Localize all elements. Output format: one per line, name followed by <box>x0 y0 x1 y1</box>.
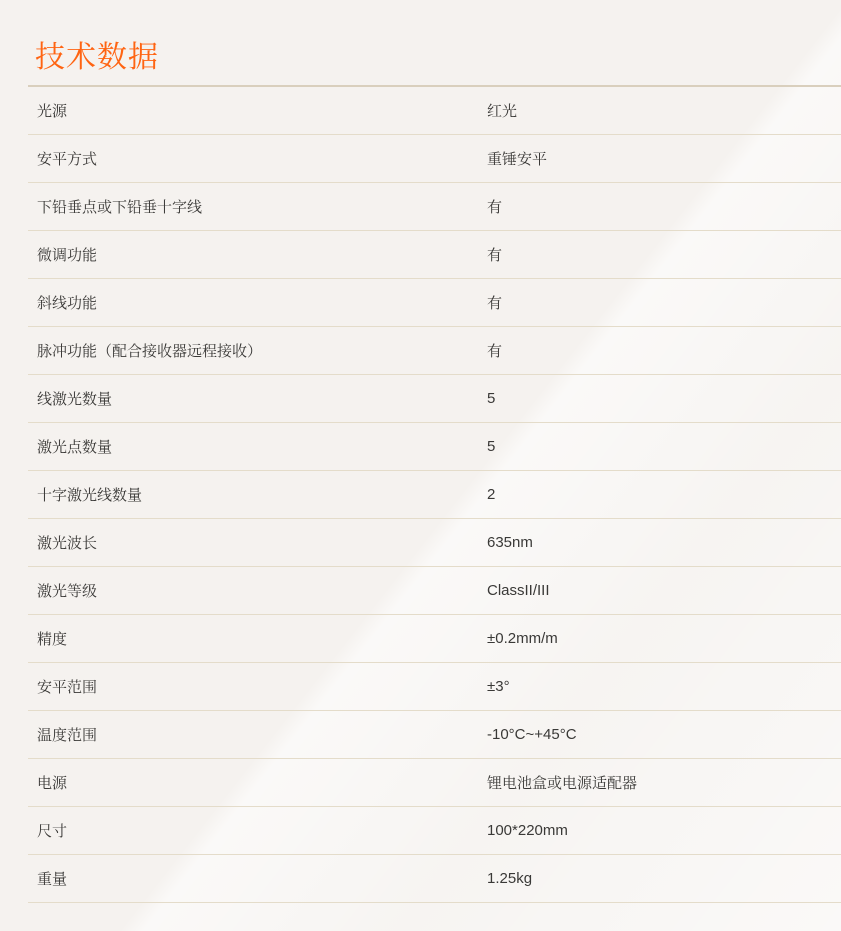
spec-row: 十字激光线数量 2 <box>28 471 841 519</box>
spec-value: 5 <box>487 438 495 455</box>
spec-label: 尺寸 <box>28 820 487 841</box>
spec-label: 线激光数量 <box>28 388 487 409</box>
spec-value: 有 <box>487 196 502 217</box>
spec-value: 有 <box>487 340 502 361</box>
spec-row: 下铅垂点或下铅垂十字线 有 <box>28 183 841 231</box>
spec-label: 安平方式 <box>28 148 487 169</box>
spec-row: 脉冲功能（配合接收器远程接收） 有 <box>28 327 841 375</box>
spec-label: 十字激光线数量 <box>28 484 487 505</box>
spec-value: 100*220mm <box>487 822 568 839</box>
spec-row: 激光波长 635nm <box>28 519 841 567</box>
spec-label: 斜线功能 <box>28 292 487 313</box>
spec-value: 有 <box>487 292 502 313</box>
page-root: 技术数据 光源 红光 安平方式 重锤安平 下铅垂点或下铅垂十字线 有 微调功能 … <box>0 0 841 931</box>
spec-value: ±0.2mm/m <box>487 630 558 647</box>
spec-row: 精度 ±0.2mm/m <box>28 615 841 663</box>
spec-label: 激光点数量 <box>28 436 487 457</box>
spec-row: 安平范围 ±3° <box>28 663 841 711</box>
spec-row: 光源 红光 <box>28 87 841 135</box>
spec-label: 光源 <box>28 100 487 121</box>
spec-label: 下铅垂点或下铅垂十字线 <box>28 196 487 217</box>
spec-row: 斜线功能 有 <box>28 279 841 327</box>
spec-label: 电源 <box>28 772 487 793</box>
spec-row: 激光等级 ClassII/III <box>28 567 841 615</box>
spec-row: 线激光数量 5 <box>28 375 841 423</box>
spec-label: 脉冲功能（配合接收器远程接收） <box>28 340 487 361</box>
spec-value: 5 <box>487 390 495 407</box>
spec-label: 精度 <box>28 628 487 649</box>
spec-value: 2 <box>487 486 495 503</box>
spec-label: 重量 <box>28 868 487 889</box>
spec-label: 温度范围 <box>28 724 487 745</box>
spec-label: 微调功能 <box>28 244 487 265</box>
spec-row: 电源 锂电池盒或电源适配器 <box>28 759 841 807</box>
spec-value: 锂电池盒或电源适配器 <box>487 772 637 793</box>
spec-value: 1.25kg <box>487 870 532 887</box>
spec-value: 重锤安平 <box>487 148 547 169</box>
spec-value: ±3° <box>487 678 510 695</box>
spec-row: 微调功能 有 <box>28 231 841 279</box>
spec-value: 有 <box>487 244 502 265</box>
spec-row: 安平方式 重锤安平 <box>28 135 841 183</box>
spec-label: 激光等级 <box>28 580 487 601</box>
spec-value: ClassII/III <box>487 582 550 599</box>
spec-table: 光源 红光 安平方式 重锤安平 下铅垂点或下铅垂十字线 有 微调功能 有 斜线功… <box>28 85 841 903</box>
spec-label: 激光波长 <box>28 532 487 553</box>
spec-value: 红光 <box>487 100 517 121</box>
spec-value: -10°C~+45°C <box>487 726 577 743</box>
spec-row: 温度范围 -10°C~+45°C <box>28 711 841 759</box>
spec-value: 635nm <box>487 534 533 551</box>
spec-label: 安平范围 <box>28 676 487 697</box>
spec-row: 重量 1.25kg <box>28 855 841 903</box>
page-title: 技术数据 <box>35 40 159 76</box>
spec-row: 尺寸 100*220mm <box>28 807 841 855</box>
spec-row: 激光点数量 5 <box>28 423 841 471</box>
